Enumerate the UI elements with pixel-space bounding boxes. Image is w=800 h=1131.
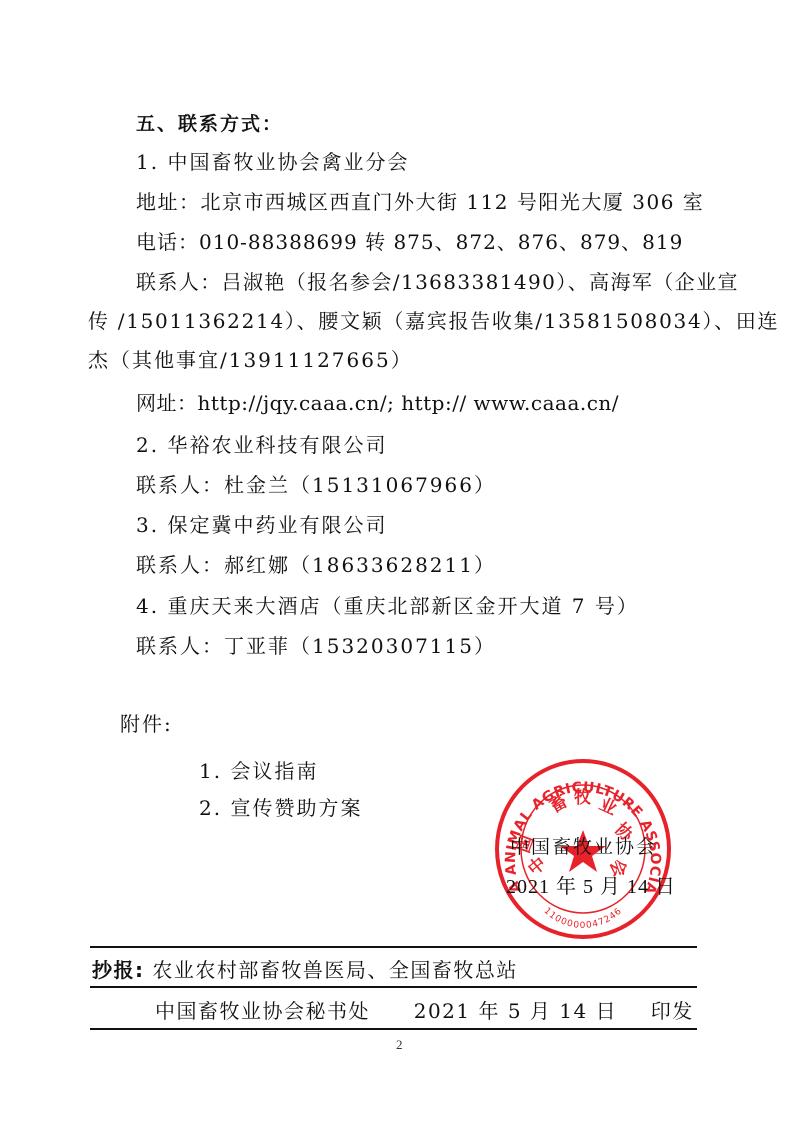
cc-value: 农业农村部畜牧兽医局、全国畜牧总站 — [152, 958, 518, 982]
issue-suffix: 印发 — [651, 999, 694, 1023]
org4-contact: 联系人：丁亚菲（15320307115） — [136, 634, 496, 658]
org1-title: 1. 中国畜牧业协会禽业分会 — [136, 150, 409, 174]
svg-text:1100000047246: 1100000047246 — [542, 906, 625, 931]
signature-org: 中国畜牧业协会 — [510, 836, 657, 858]
issue-row: 中国畜牧业协会秘书处 2021 年 5 月 14 日 印发 — [155, 999, 694, 1023]
org3-title: 3. 保定冀中药业有限公司 — [136, 513, 387, 537]
attachment-item-1: 1. 会议指南 — [199, 759, 318, 783]
cc-label: 抄报: — [92, 958, 145, 982]
org1-phone: 电话：010-88388699 转 875、872、876、879、819 — [136, 230, 683, 254]
section-heading: 五、联系方式： — [136, 112, 283, 136]
org1-contacts-line2: 传 /15011362214）、腰文颖（嘉宾报告收集/13581508034）、… — [88, 309, 779, 333]
org1-contacts-line1: 联系人：吕淑艳（报名参会/13683381490）、高海军（企业宣 — [136, 270, 739, 294]
attachment-item-2: 2. 宣传赞助方案 — [199, 796, 362, 820]
issue-date: 2021 年 5 月 14 日 — [414, 999, 617, 1023]
footer-rule-middle — [90, 986, 697, 988]
org1-contacts-line3: 杰（其他事宜/13911127665） — [88, 348, 413, 372]
issuer: 中国畜牧业协会秘书处 — [155, 999, 370, 1023]
org2-contact: 联系人：杜金兰（15131067966） — [136, 473, 496, 497]
org2-title: 2. 华裕农业科技有限公司 — [136, 433, 387, 457]
signature-date: 2021 年 5 月 14 日 — [506, 876, 676, 898]
org1-address: 地址：北京市西城区西直门外大街 112 号阳光大厦 306 室 — [136, 190, 704, 214]
footer-rule-bottom — [90, 1028, 697, 1030]
page-number: 2 — [396, 1037, 403, 1053]
cc-row: 抄报: 农业农村部畜牧兽医局、全国畜牧总站 — [92, 958, 518, 982]
org3-contact: 联系人：郝红娜（18633628211） — [136, 553, 496, 577]
attachments-label: 附件: — [120, 712, 173, 736]
org4-title: 4. 重庆天来大酒店（重庆北部新区金开大道 7 号） — [136, 594, 639, 618]
seal-number: 1100000047246 — [542, 906, 625, 931]
footer-rule-top — [90, 946, 697, 948]
org1-website: 网址：http://jqy.caaa.cn/; http:// www.caaa… — [136, 391, 619, 415]
svg-text:牧: 牧 — [574, 787, 591, 808]
